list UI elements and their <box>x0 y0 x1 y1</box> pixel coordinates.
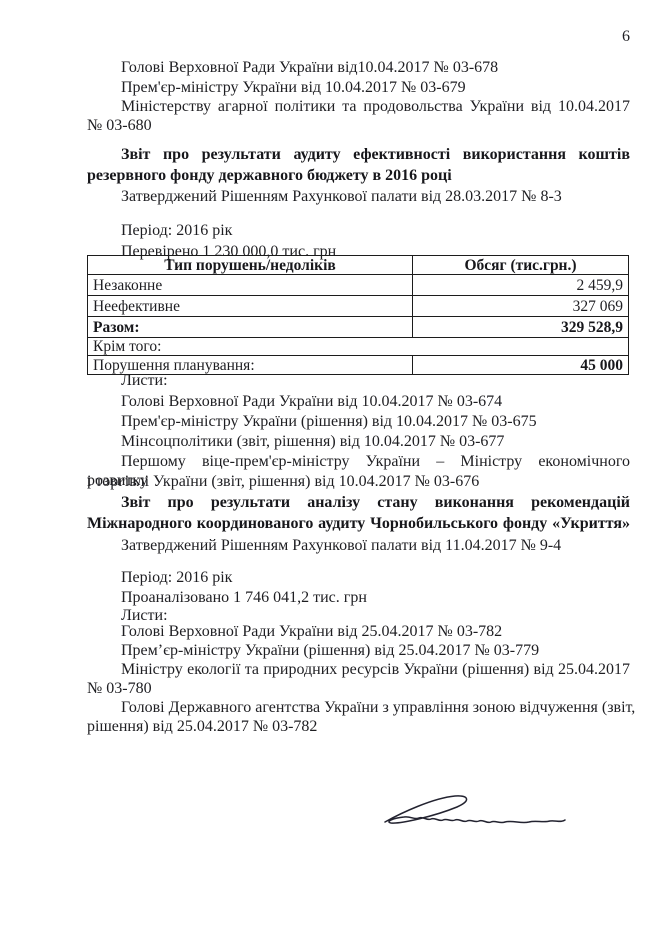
page-number: 6 <box>0 27 630 46</box>
document-page: 6 Голові Верховної Ради України від10.04… <box>0 0 668 936</box>
intro-letter-line: Міністерству агарної політики та продово… <box>87 97 630 116</box>
intro-letter-line: Голові Верховної Ради України від10.04.2… <box>87 58 630 77</box>
report2-letter-line: Голові Державного агентства України з уп… <box>87 698 630 717</box>
table-header-type: Тип порушень/недоліків <box>88 256 413 275</box>
report1-title-line1: Звіт про результати аудиту ефективності … <box>87 145 630 164</box>
report1-period: Період: 2016 рік <box>87 221 630 240</box>
violation-type-cell: Незаконне <box>88 275 413 296</box>
report2-analyzed-amount: Проаналізовано 1 746 041,2 тис. грн <box>87 588 630 607</box>
signature-scribble <box>371 791 571 831</box>
report2-letter-line: Голові Верховної Ради України від 25.04.… <box>87 622 630 641</box>
report1-letter-line: і торгівлі України (звіт, рішення) від 1… <box>87 472 630 491</box>
report1-approved: Затверджений Рішенням Рахункової палати … <box>87 187 630 206</box>
report2-letter-line: Прем’єр-міністру України (рішення) від 2… <box>87 641 630 660</box>
report2-letter-line: Міністру екології та природних ресурсів … <box>87 660 630 679</box>
table-row: Неефективне 327 069 <box>88 296 629 317</box>
report1-title-line2: резервного фонду державного бюджету в 20… <box>87 166 630 185</box>
report2-letter-line: № 03-780 <box>87 679 630 698</box>
violation-type-cell: Крім того: <box>88 338 629 356</box>
violation-amount-cell: 329 528,9 <box>413 317 629 338</box>
table-row-total: Разом: 329 528,9 <box>88 317 629 338</box>
report1-letter-line: Мінсоцполітики (звіт, рішення) від 10.04… <box>87 432 630 451</box>
report1-letter-line: Голові Верховної Ради України від 10.04.… <box>87 392 630 411</box>
violations-table: Тип порушень/недоліків Обсяг (тис.грн.) … <box>87 255 629 375</box>
report2-letter-line: рішення) від 25.04.2017 № 03-782 <box>87 717 630 736</box>
violations-table-wrapper: Тип порушень/недоліків Обсяг (тис.грн.) … <box>87 255 628 375</box>
report2-title-line1: Звіт про результати аналізу стану викона… <box>87 493 630 512</box>
report2-approved: Затверджений Рішенням Рахункової палати … <box>87 536 630 555</box>
report1-letter-line: Прем'єр-міністру України (рішення) від 1… <box>87 412 630 431</box>
violation-type-cell: Неефективне <box>88 296 413 317</box>
intro-letter-line: Прем'єр-міністру України від 10.04.2017 … <box>87 78 630 97</box>
table-header-amount: Обсяг (тис.грн.) <box>413 256 629 275</box>
table-row-besides: Крім того: <box>88 338 629 356</box>
intro-letter-line: № 03-680 <box>87 116 630 135</box>
table-row: Незаконне 2 459,9 <box>88 275 629 296</box>
report2-title-line2: Міжнародного координованого аудиту Чорно… <box>87 514 630 533</box>
report1-letters-label: Листи: <box>87 371 630 390</box>
table-header-row: Тип порушень/недоліків Обсяг (тис.грн.) <box>88 256 629 275</box>
violation-amount-cell: 327 069 <box>413 296 629 317</box>
violation-amount-cell: 2 459,9 <box>413 275 629 296</box>
violation-type-cell: Разом: <box>88 317 413 338</box>
report2-period: Період: 2016 рік <box>87 568 630 587</box>
